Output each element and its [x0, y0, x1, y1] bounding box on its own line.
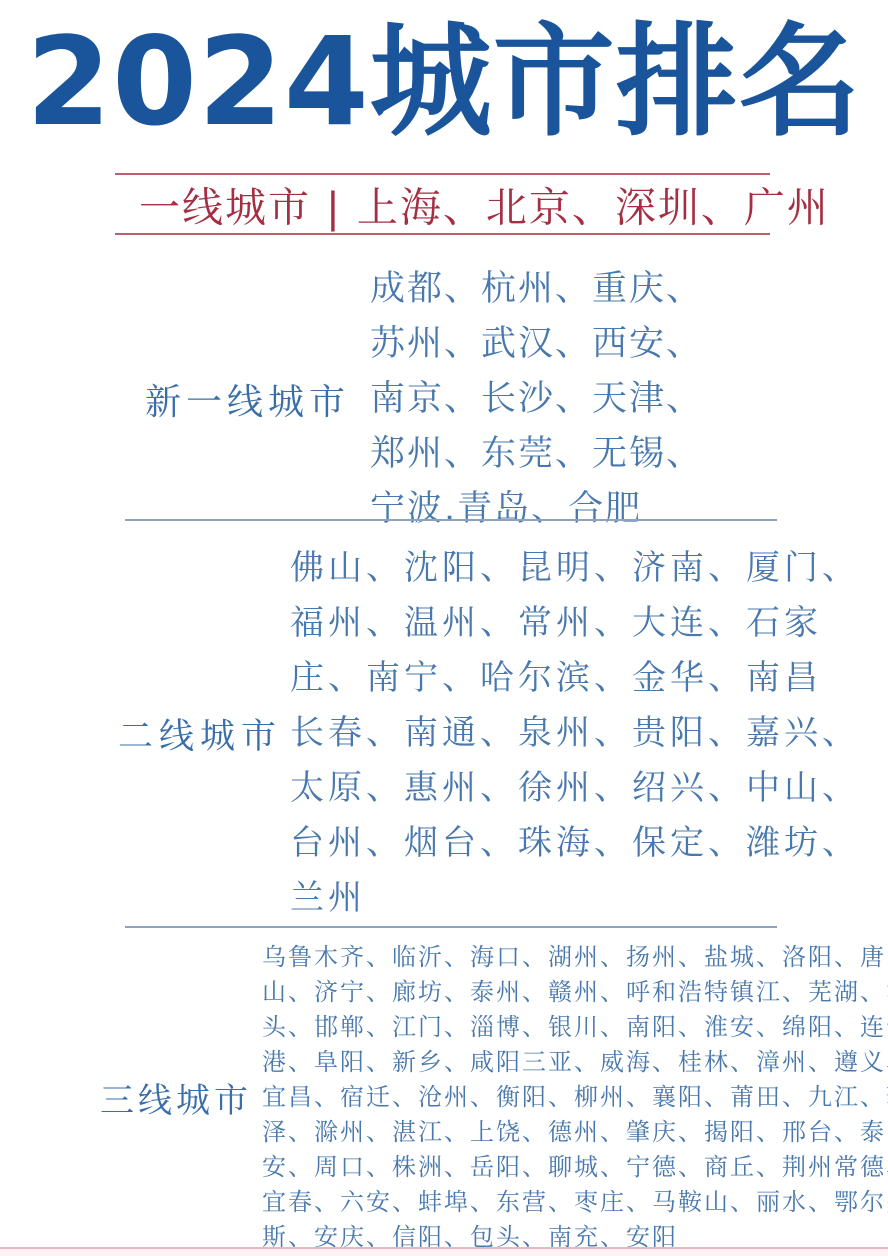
tier-label-new-first: 新一线城市: [0, 374, 370, 425]
city-line: 宜昌、宿迁、沧州、衡阳、柳州、襄阳、莆田、九江、菏: [262, 1080, 888, 1115]
city-line: 泽、滁州、湛江、上饶、德州、肇庆、揭阳、邢台、泰: [262, 1115, 888, 1150]
city-line: 太原、惠州、徐州、绍兴、中山、: [290, 761, 888, 816]
section-divider: [125, 926, 777, 928]
tier-city-list-new-first: 成都、杭州、重庆、 苏州、武汉、西安、 南京、长沙、天津、 郑州、东莞、无锡、 …: [370, 262, 888, 537]
tier-label-third: 三线城市: [0, 1073, 262, 1122]
city-line: 头、邯郸、江门、淄博、银川、南阳、淮安、绵阳、连云: [262, 1010, 888, 1045]
city-line: 福州、温州、常州、大连、石家: [290, 596, 888, 651]
city-line: 兰州: [290, 871, 888, 926]
section-divider: [125, 519, 777, 521]
city-line: 安、周口、株洲、岳阳、聊城、宁德、商丘、荆州常德、: [262, 1150, 888, 1185]
tier-city-list-third: 乌鲁木齐、临沂、海口、湖州、扬州、盐城、洛阳、唐 山、济宁、廊坊、泰州、赣州、呼…: [262, 940, 888, 1255]
tier-section-new-first: 新一线城市 成都、杭州、重庆、 苏州、武汉、西安、 南京、长沙、天津、 郑州、东…: [0, 262, 888, 537]
city-line: 郑州、东莞、无锡、: [370, 427, 888, 482]
tier-city-list-second: 佛山、沈阳、昆明、济南、厦门、 福州、温州、常州、大连、石家 庄、南宁、哈尔滨、…: [290, 541, 888, 926]
city-line: 苏州、武汉、西安、: [370, 317, 888, 372]
tier1-banner: 一线城市 | 上海、北京、深圳、广州: [115, 173, 770, 235]
city-line: 港、阜阳、新乡、咸阳三亚、威海、桂林、漳州、遵义、: [262, 1045, 888, 1080]
city-line: 长春、南通、泉州、贵阳、嘉兴、: [290, 706, 888, 761]
city-line: 成都、杭州、重庆、: [370, 262, 888, 317]
city-line: 佛山、沈阳、昆明、济南、厦门、: [290, 541, 888, 596]
tier1-cities-text: 一线城市 | 上海、北京、深圳、广州: [139, 175, 830, 234]
tier-label-second: 二线城市: [0, 709, 290, 759]
city-line: 宁波.青岛、合肥: [370, 482, 888, 537]
city-line: 台州、烟台、珠海、保定、潍坊、: [290, 816, 888, 871]
city-line: 南京、长沙、天津、: [370, 372, 888, 427]
page-title: 2024城市排名: [0, 14, 888, 151]
poster-canvas: 2024城市排名 一线城市 | 上海、北京、深圳、广州 新一线城市 成都、杭州、…: [0, 0, 888, 1256]
tier-section-second: 二线城市 佛山、沈阳、昆明、济南、厦门、 福州、温州、常州、大连、石家 庄、南宁…: [0, 541, 888, 926]
city-line: 庄、南宁、哈尔滨、金华、南昌: [290, 651, 888, 706]
city-line: 宜春、六安、蚌埠、东营、枣庄、马鞍山、丽水、鄂尔多: [262, 1185, 888, 1220]
city-line: 乌鲁木齐、临沂、海口、湖州、扬州、盐城、洛阳、唐: [262, 940, 888, 975]
tier-section-third: 三线城市 乌鲁木齐、临沂、海口、湖州、扬州、盐城、洛阳、唐 山、济宁、廊坊、泰州…: [0, 940, 888, 1255]
bottom-pink-accent: [0, 1247, 888, 1256]
city-line: 山、济宁、廊坊、泰州、赣州、呼和浩特镇江、芜湖、汕: [262, 975, 888, 1010]
